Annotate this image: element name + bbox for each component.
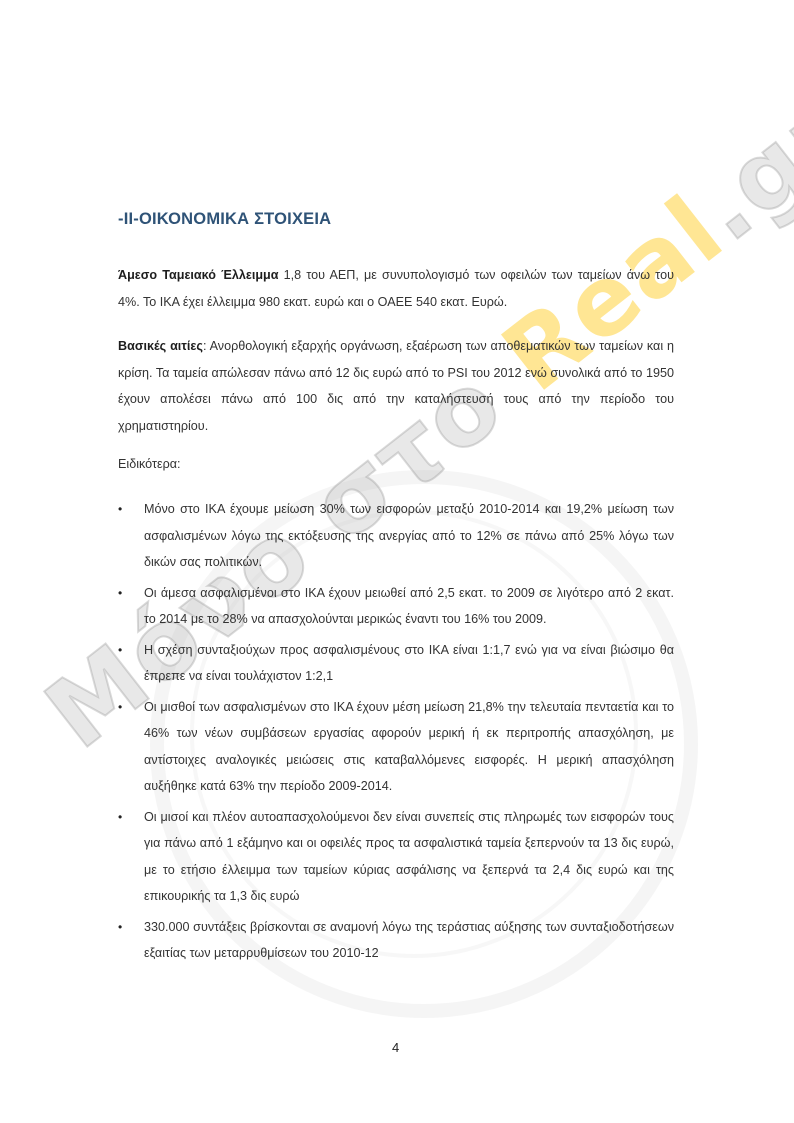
bullet-icon: • [118, 694, 126, 721]
page-number: 4 [392, 1040, 399, 1055]
list-item: •Οι μισθοί των ασφαλισμένων στο ΙΚΑ έχου… [118, 694, 674, 800]
list-item: •Η σχέση συνταξιούχων προς ασφαλισμένους… [118, 637, 674, 690]
bullet-icon: • [118, 637, 126, 664]
list-item-text: Η σχέση συνταξιούχων προς ασφαλισμένους … [144, 643, 674, 684]
paragraph-specifically-text: Ειδικότερα: [118, 457, 181, 471]
list-item-text: 330.000 συντάξεις βρίσκονται σε αναμονή … [144, 920, 674, 961]
bullet-icon: • [118, 496, 126, 523]
paragraph-causes: Βασικές αιτίες: Ανορθολογική εξαρχής οργ… [118, 333, 674, 439]
paragraph-specifically: Ειδικότερα: [118, 451, 674, 478]
section-heading: -II-ΟΙΚΟΝΟΜΙΚΑ ΣΤΟΙΧΕΙΑ [118, 210, 331, 229]
watermark-text-part3: .gr [675, 77, 794, 263]
paragraph-causes-label: Βασικές αιτίες [118, 339, 203, 353]
bullet-icon: • [118, 804, 126, 831]
list-item: •Οι μισοί και πλέον αυτοαπασχολούμενοι δ… [118, 804, 674, 910]
paragraph-deficit: Άμεσο Ταμειακό Έλλειμμα 1,8 του ΑΕΠ, με … [118, 262, 674, 315]
paragraph-deficit-label: Άμεσο Ταμειακό Έλλειμμα [118, 268, 279, 282]
list-item-text: Οι μισθοί των ασφαλισμένων στο ΙΚΑ έχουν… [144, 700, 674, 794]
list-item: •Μόνο στο ΙΚΑ έχουμε μείωση 30% των εισφ… [118, 496, 674, 576]
list-item: •Οι άμεσα ασφαλισμένοι στο ΙΚΑ έχουν μει… [118, 580, 674, 633]
bullet-icon: • [118, 580, 126, 607]
list-item-text: Οι άμεσα ασφαλισμένοι στο ΙΚΑ έχουν μειω… [144, 586, 674, 627]
list-item-text: Οι μισοί και πλέον αυτοαπασχολούμενοι δε… [144, 810, 674, 904]
list-item-text: Μόνο στο ΙΚΑ έχουμε μείωση 30% των εισφο… [144, 502, 674, 569]
paragraph-causes-text: : Ανορθολογική εξαρχής οργάνωση, εξαέρωσ… [118, 339, 674, 433]
document-page: Μόνο στο Real.gr -II-ΟΙΚΟΝΟΜΙΚΑ ΣΤΟΙΧΕΙΑ… [0, 0, 794, 1123]
list-item: •330.000 συντάξεις βρίσκονται σε αναμονή… [118, 914, 674, 967]
bullet-list: •Μόνο στο ΙΚΑ έχουμε μείωση 30% των εισφ… [118, 496, 674, 971]
bullet-icon: • [118, 914, 126, 941]
